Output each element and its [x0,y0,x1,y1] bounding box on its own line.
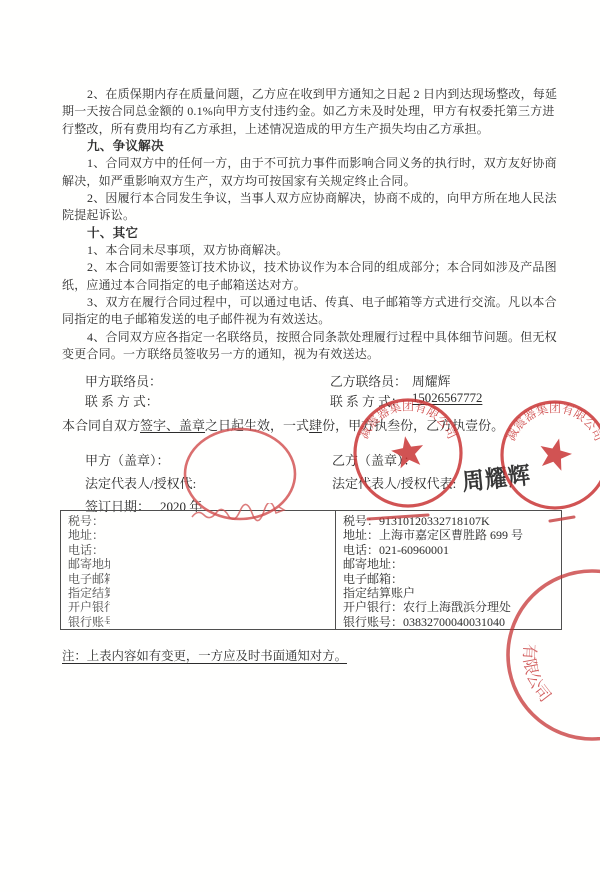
effectivity-part: 之日起生效，一式 [205,418,309,433]
row-value: 03832700040031040 [403,615,505,629]
party-a-seal-label: 甲方（盖章）： [85,450,170,469]
seal-arc-text: 有限公司 [520,643,555,705]
table-row: 地址： [68,528,335,542]
party-b-rep-label: 法定代表人/授权代表: [332,473,456,492]
party-b-liaison-name: 周耀辉 [412,371,450,390]
row-label: 开户银行： [68,600,110,614]
body-line: 期一天按合同总金额的 0.1%向甲方支付违约金。如乙方未及时处理，甲方有权委托第… [62,103,548,120]
row-value: 021-60960001 [379,543,449,557]
row-label: 地址： [68,528,104,542]
party-a-liaison-label: 甲方联络员： [85,371,162,390]
body-line: 纸，应通过本合同指定的电子邮箱送达对方。 [62,277,548,294]
table-row: 电话： [68,543,335,557]
table-row: 邮寄地址： [343,557,561,571]
body-line: 行整改，所有费用均有乙方承担，上述情况造成的甲方生产损失均由乙方承担。 [62,121,548,138]
right-edge-company-seal: 减震器集团有限公司 [497,397,600,513]
effectivity-underlined-sign-seal: 签字、盖章 [140,418,205,433]
row-label: 税号： [343,514,379,528]
body-line: 2、本合同如需要签订技术协议，技术协议作为本合同的组成部分；本合同如涉及产品图 [62,259,548,276]
body-line: 3、双方在履行合同过程中，可以通过电话、传真、电子邮箱等方式进行交流。凡以本合 [62,294,548,311]
row-label: 地址： [343,528,379,542]
row-label: 电子邮箱： [68,572,110,586]
party-a-rep-label: 法定代表人/授权代: [85,473,196,492]
body-line: 4、合同双方应各指定一名联络员，按照合同条款处理履行过程中具体细节问题。但无权 [62,329,548,346]
contract-scan-page: 2、在质保期内存在质量问题，乙方应在收到甲方通知之日起 2 日内到达现场整改，每… [0,0,600,892]
row-label: 银行账号： [343,615,403,629]
party-a-info-column: 税号： 地址： 电话： 邮寄地址： 电子邮箱： 指定结算账户 开户银行： 银行账… [61,511,336,629]
table-row: 税号： [68,514,335,528]
row-label: 开户银行： [343,600,403,614]
table-row: 指定结算账户 [68,586,335,600]
row-label: 指定结算账户 [68,586,110,600]
body-line: 2、因履行本合同发生争议，当事人双方应协商解决，协商不成的，向甲方所在地人民法 [62,190,548,207]
row-label: 银行账号： [68,615,110,629]
table-row: 开户银行：农行上海戬浜分理处 [343,600,561,614]
table-row: 银行账号：03832700040031040 [343,615,561,629]
party-b-contact-number: 15026567772 [412,391,482,406]
party-b-info-column: 税号：91310120332718107K 地址：上海市嘉定区曹胜路 699 号… [336,511,561,629]
seal-arc-text: 减震器集团有限公司 [503,401,600,443]
row-value: 上海市嘉定区曹胜路 699 号 [379,528,523,542]
body-line: 1、本合同未尽事项，双方协商解决。 [62,242,548,259]
party-a-contact-label: 联 系 方 式： [85,391,159,410]
section-heading-dispute: 九、争议解决 [62,138,548,155]
row-label: 邮寄地址： [68,557,110,571]
seal-star-icon [536,435,575,473]
section-heading-other: 十、其它 [62,225,548,242]
table-row: 指定结算账户 [343,586,561,600]
effectivity-part: 份，甲方执叁份，乙方执壹份。 [322,418,504,433]
row-label: 指定结算账户 [343,586,415,600]
table-row: 电话：021-60960001 [343,543,561,557]
svg-text:有限公司: 有限公司 [520,643,555,705]
body-line: 解决，如严重影响双方生产，双方均可按国家有关规定终止合同。 [62,173,548,190]
party-b-contact-label: 联 系 方 式： [330,391,404,410]
party-info-table: 税号： 地址： 电话： 邮寄地址： 电子邮箱： 指定结算账户 开户银行： 银行账… [60,510,562,630]
row-label: 电话： [68,543,104,557]
row-label: 税号： [68,514,104,528]
table-row: 开户银行： [68,600,335,614]
body-line: 1、合同双方中的任何一方，由于不可抗力事件而影响合同义务的执行时，双方友好协商 [62,155,548,172]
row-label: 电话： [343,543,379,557]
effectivity-part: 本合同自双方 [62,418,140,433]
table-row: 地址：上海市嘉定区曹胜路 699 号 [343,528,561,542]
table-row: 电子邮箱： [343,572,561,586]
effectivity-sentence: 本合同自双方签字、盖章之日起生效，一式肆份，甲方执叁份，乙方执壹份。 [62,415,504,434]
row-value: 农行上海戬浜分理处 [403,600,511,614]
party-b-seal-label: 乙方（盖章）： [332,450,417,469]
row-label: 邮寄地址： [343,557,403,571]
body-line: 院提起诉讼。 [62,207,548,224]
body-line: 2、在质保期内存在质量问题，乙方应在收到甲方通知之日起 2 日内到达现场整改，每… [62,86,548,103]
party-b-rep-handwritten-signature: 周耀辉 [460,457,532,498]
table-row: 邮寄地址： [68,557,335,571]
table-row: 电子邮箱： [68,572,335,586]
table-row: 银行账号： [68,615,335,629]
party-b-liaison-label: 乙方联络员： [330,371,407,390]
body-line: 变更合同。一方联络员签收另一方的通知，视为有效送达。 [62,346,548,363]
effectivity-underlined-copies: 肆 [309,418,322,433]
row-value: 91310120332718107K [379,514,490,528]
table-change-note: 注：上表内容如有变更，一方应及时书面通知对方。 [62,646,347,664]
contract-body: 2、在质保期内存在质量问题，乙方应在收到甲方通知之日起 2 日内到达现场整改，每… [62,86,548,364]
body-line: 同指定的电子邮箱发送的电子邮件视为有效送达。 [62,311,548,328]
svg-text:减震器集团有限公司: 减震器集团有限公司 [503,401,600,443]
row-label: 电子邮箱： [343,572,403,586]
table-row: 税号：91310120332718107K [343,514,561,528]
